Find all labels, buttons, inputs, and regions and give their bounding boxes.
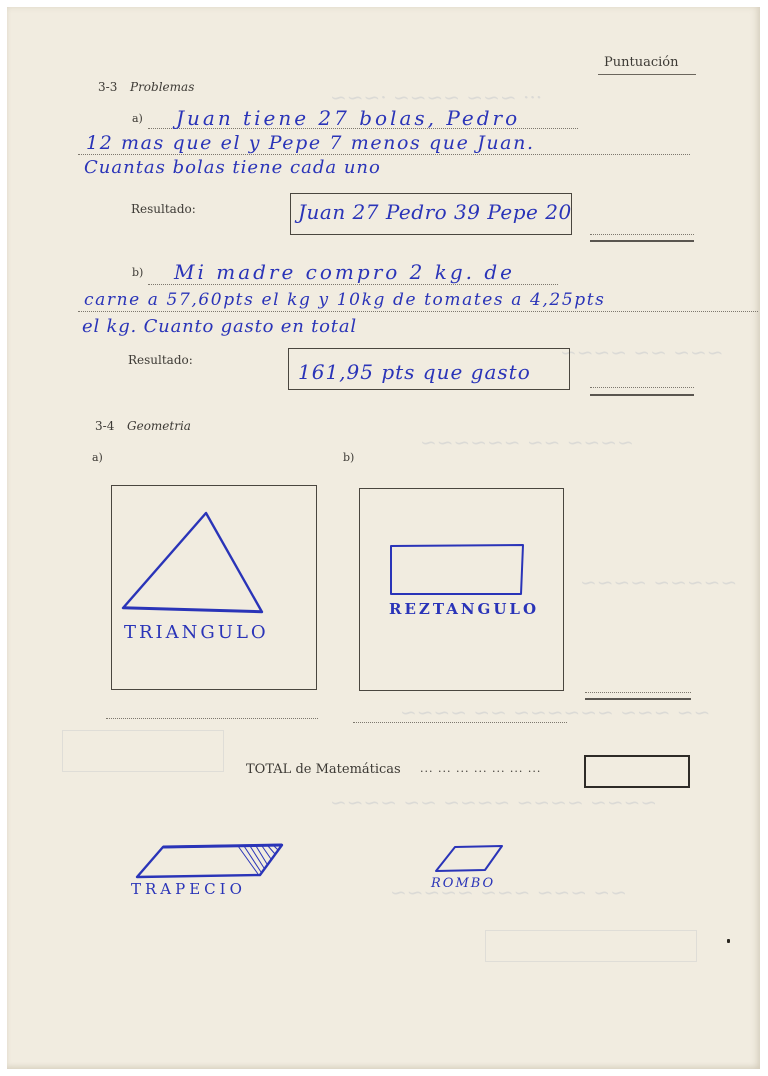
ink-speck bbox=[727, 939, 730, 943]
rhombus-drawing bbox=[0, 0, 768, 1076]
rhombus-label: ROMBO bbox=[431, 876, 495, 891]
